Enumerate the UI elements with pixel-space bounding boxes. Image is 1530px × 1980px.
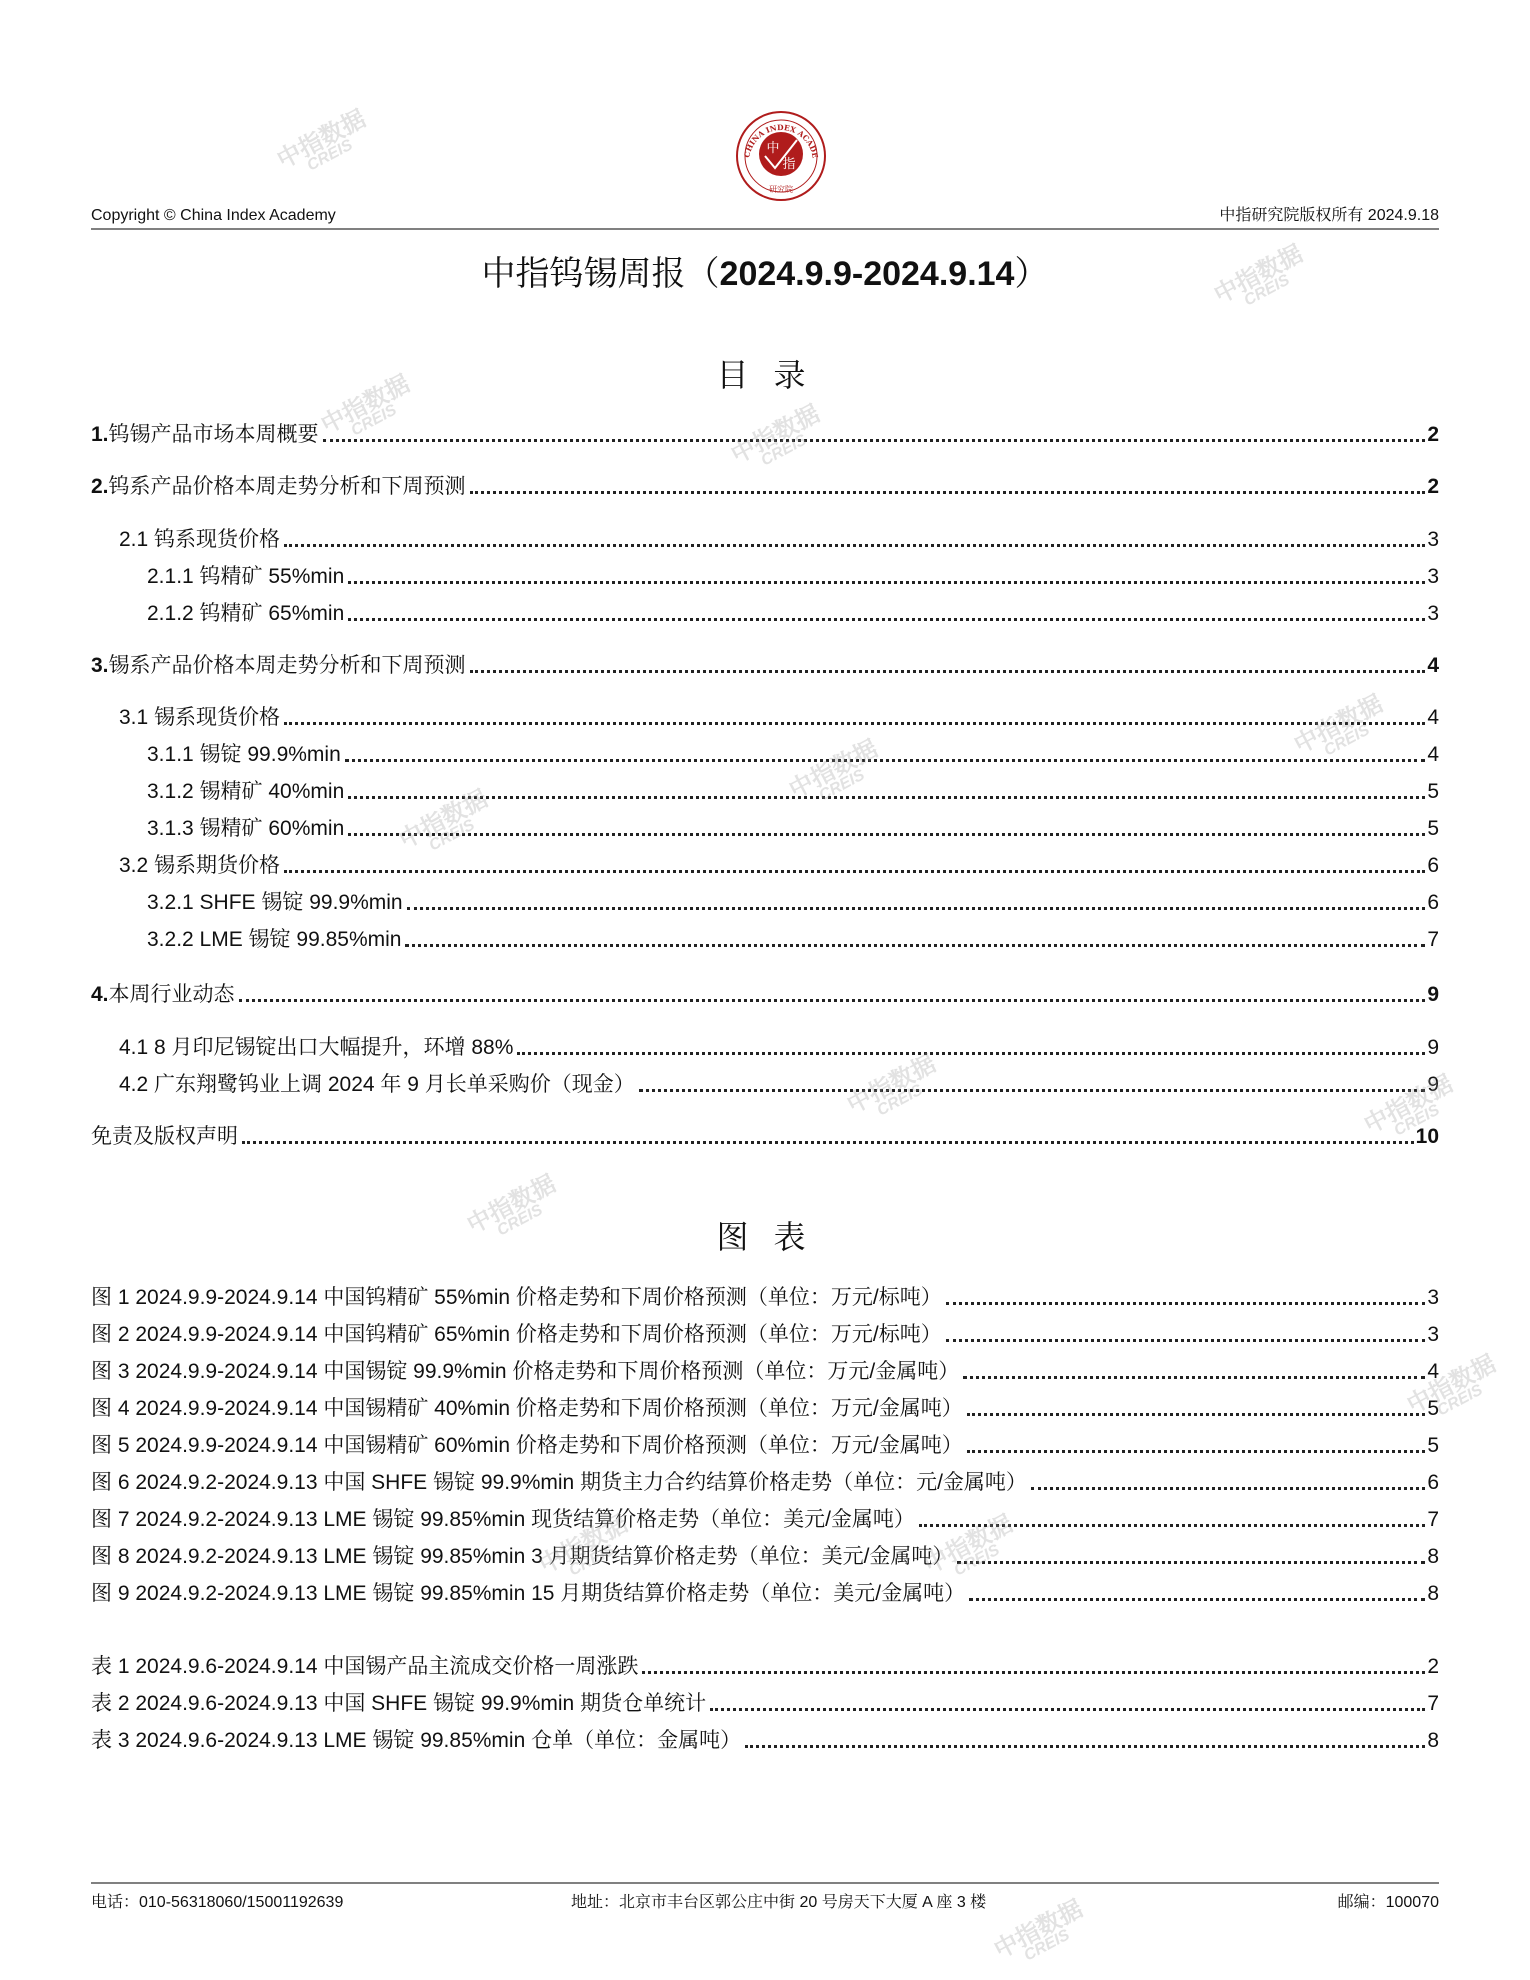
figure-page: 6 [1427,1470,1439,1496]
page-header: Copyright © China Index Academy 中指研究院版权所… [91,204,1439,230]
toc-entry-label: 3.2 锡系期货价格 [91,853,280,879]
toc-entry-page: 3 [1427,564,1439,590]
toc-entry-label: 4.1 8 月印尼锡锭出口大幅提升，环增 88% [91,1035,513,1061]
table-page: 7 [1427,1691,1439,1717]
toc-entry-page: 5 [1427,816,1439,842]
figure-label: 图 8 2024.9.2-2024.9.13 LME 锡锭 99.85%min … [91,1544,953,1570]
leader-dots [946,1302,1425,1305]
figure-page: 4 [1427,1359,1439,1385]
figure-label: 图 3 2024.9.9-2024.9.14 中国锡锭 99.9%min 价格走… [91,1359,959,1385]
figure-label: 图 9 2024.9.2-2024.9.13 LME 锡锭 99.85%min … [91,1581,965,1607]
table-page: 2 [1427,1654,1439,1680]
leader-dots [407,907,1425,910]
toc-entry-page: 4 [1427,705,1439,731]
toc-entry[interactable]: 3.锡系产品价格本周走势分析和下周预测 4 [91,649,1439,679]
toc-entry-label: 3.1.2 锡精矿 40%min [91,779,344,805]
svg-text:中: 中 [766,140,779,156]
leader-dots [967,1413,1425,1416]
leader-dots [919,1524,1425,1527]
figure-entry[interactable]: 图 3 2024.9.9-2024.9.14 中国锡锭 99.9%min 价格走… [91,1355,1439,1385]
figure-page: 8 [1427,1581,1439,1607]
figure-entry[interactable]: 图 5 2024.9.9-2024.9.14 中国锡精矿 60%min 价格走势… [91,1429,1439,1459]
toc-entry-page: 10 [1416,1124,1439,1150]
figure-page: 3 [1427,1285,1439,1311]
leader-dots [642,1671,1425,1674]
toc-entry-page: 4 [1427,742,1439,768]
toc-entry-label: 免责及版权声明 [91,1125,238,1148]
leader-dots [239,999,1425,1002]
watermark: 中指数据CREIS [992,1900,1094,1977]
figure-entry[interactable]: 图 4 2024.9.9-2024.9.14 中国锡精矿 40%min 价格走势… [91,1392,1439,1422]
leader-dots [242,1141,1414,1144]
table-label: 表 1 2024.9.6-2024.9.14 中国锡产品主流成交价格一周涨跌 [91,1654,638,1680]
toc-entry-number: 1. [91,423,109,446]
toc-entry[interactable]: 2.1 钨系现货价格 3 [91,523,1439,553]
toc-entry-label: 锡系产品价格本周走势分析和下周预测 [109,654,466,677]
table-label: 表 2 2024.9.6-2024.9.13 中国 SHFE 锡锭 99.9%m… [91,1691,706,1717]
table-page: 8 [1427,1728,1439,1754]
footer-phone: 电话：010-56318060/15001192639 [91,1893,343,1913]
figure-entry[interactable]: 图 7 2024.9.2-2024.9.13 LME 锡锭 99.85%min … [91,1503,1439,1533]
leader-dots [517,1052,1425,1055]
figure-label: 图 1 2024.9.9-2024.9.14 中国钨精矿 55%min 价格走势… [91,1285,942,1311]
figure-entry[interactable]: 图 1 2024.9.9-2024.9.14 中国钨精矿 55%min 价格走势… [91,1281,1439,1311]
leader-dots [957,1561,1425,1564]
leader-dots [284,722,1425,725]
toc-entry[interactable]: 2.1.1 钨精矿 55%min 3 [91,560,1439,590]
report-title: 中指钨锡周报（2024.9.9-2024.9.14） [0,252,1530,296]
toc-entry[interactable]: 3.2 锡系期货价格 6 [91,849,1439,879]
toc-entry-page: 4 [1427,653,1439,679]
table-entry[interactable]: 表 1 2024.9.6-2024.9.14 中国锡产品主流成交价格一周涨跌 2 [91,1650,1439,1680]
title-dates: 2024.9.9-2024.9.14 [720,255,1015,293]
toc-entry-page: 2 [1427,422,1439,448]
toc-entry-page: 9 [1427,1035,1439,1061]
leader-dots [284,870,1425,873]
leader-dots [348,833,1425,836]
table-label: 表 3 2024.9.6-2024.9.13 LME 锡锭 99.85%min … [91,1728,741,1754]
leader-dots [710,1708,1425,1711]
toc-entry-label: 2.1 钨系现货价格 [91,527,280,553]
toc-entry[interactable]: 2.1.2 钨精矿 65%min 3 [91,597,1439,627]
figure-page: 8 [1427,1544,1439,1570]
leader-dots [969,1598,1425,1601]
leader-dots [470,670,1425,673]
toc-heading: 目 录 [0,350,1530,396]
figure-label: 图 7 2024.9.2-2024.9.13 LME 锡锭 99.85%min … [91,1507,915,1533]
toc-entry-label: 3.2.2 LME 锡锭 99.85%min [91,927,401,953]
toc-entry-page: 3 [1427,601,1439,627]
title-prefix: 中指钨锡周报（ [482,255,720,293]
toc-entry[interactable]: 3.1 锡系现货价格 4 [91,701,1439,731]
leader-dots [323,439,1425,442]
leader-dots [946,1339,1425,1342]
svg-text:指: 指 [782,156,795,172]
footer-address: 地址：北京市丰台区郭公庄中街 20 号房天下大厦 A 座 3 楼 [571,1893,986,1913]
leader-dots [348,796,1425,799]
leader-dots [1031,1487,1425,1490]
figure-entry[interactable]: 图 9 2024.9.2-2024.9.13 LME 锡锭 99.85%min … [91,1577,1439,1607]
toc-entry[interactable]: 4.本周行业动态 9 [91,978,1439,1008]
toc-entry[interactable]: 3.1.2 锡精矿 40%min 5 [91,775,1439,805]
toc-entry-label: 3.2.1 SHFE 锡锭 99.9%min [91,890,403,916]
copyright-date: 中指研究院版权所有 2024.9.18 [1219,206,1439,226]
toc-entry[interactable]: 3.1.3 锡精矿 60%min 5 [91,812,1439,842]
leader-dots [345,759,1425,762]
footer-divider [91,1882,1439,1884]
toc-entry-label: 本周行业动态 [109,983,235,1006]
figures-heading: 图 表 [0,1212,1530,1258]
table-entry[interactable]: 表 3 2024.9.6-2024.9.13 LME 锡锭 99.85%min … [91,1724,1439,1754]
toc-entry-page: 3 [1427,527,1439,553]
table-entry[interactable]: 表 2 2024.9.6-2024.9.13 中国 SHFE 锡锭 99.9%m… [91,1687,1439,1717]
toc-entry-label: 2.1.2 钨精矿 65%min [91,601,344,627]
toc-entry[interactable]: 免责及版权声明 10 [91,1120,1439,1150]
figure-page: 5 [1427,1433,1439,1459]
figure-entry[interactable]: 图 2 2024.9.9-2024.9.14 中国钨精矿 65%min 价格走势… [91,1318,1439,1348]
figure-label: 图 2 2024.9.9-2024.9.14 中国钨精矿 65%min 价格走势… [91,1322,942,1348]
leader-dots [284,544,1425,547]
svg-text:研究院: 研究院 [769,184,793,194]
toc-entry-page: 6 [1427,890,1439,916]
figure-page: 5 [1427,1396,1439,1422]
toc-entry-label: 钨系产品价格本周走势分析和下周预测 [109,475,466,498]
toc-entry[interactable]: 3.2.2 LME 锡锭 99.85%min 7 [91,923,1439,953]
toc-entry[interactable]: 4.2 广东翔鹭钨业上调 2024 年 9 月长单采购价（现金） 9 [91,1068,1439,1098]
toc-entry-page: 9 [1427,982,1439,1008]
leader-dots [405,944,1425,947]
toc-entry-number: 2. [91,475,109,498]
figure-label: 图 5 2024.9.9-2024.9.14 中国锡精矿 60%min 价格走势… [91,1433,963,1459]
toc-entry[interactable]: 4.1 8 月印尼锡锭出口大幅提升，环增 88% 9 [91,1031,1439,1061]
toc-entry-page: 6 [1427,853,1439,879]
toc-entry-page: 2 [1427,474,1439,500]
toc-entry-page: 9 [1427,1072,1439,1098]
figure-page: 3 [1427,1322,1439,1348]
toc-entry-page: 5 [1427,779,1439,805]
figure-entry[interactable]: 图 6 2024.9.2-2024.9.13 中国 SHFE 锡锭 99.9%m… [91,1466,1439,1496]
leader-dots [967,1450,1425,1453]
figure-label: 图 4 2024.9.9-2024.9.14 中国锡精矿 40%min 价格走势… [91,1396,963,1422]
leader-dots [348,618,1425,621]
toc-entry-label: 2.1.1 钨精矿 55%min [91,564,344,590]
title-suffix: ） [1014,255,1048,293]
copyright-text: Copyright © China Index Academy [91,206,336,226]
toc-entry-label: 3.1 锡系现货价格 [91,705,280,731]
toc-entry[interactable]: 3.2.1 SHFE 锡锭 99.9%min 6 [91,886,1439,916]
toc-entry-label: 钨锡产品市场本周概要 [109,423,319,446]
leader-dots [348,581,1425,584]
leader-dots [470,491,1425,494]
figure-entry[interactable]: 图 8 2024.9.2-2024.9.13 LME 锡锭 99.85%min … [91,1540,1439,1570]
toc-entry-number: 3. [91,654,109,677]
toc-entry-label: 3.1.1 锡锭 99.9%min [91,742,341,768]
toc-entry-label: 3.1.3 锡精矿 60%min [91,816,344,842]
leader-dots [963,1376,1425,1379]
toc-entry-number: 4. [91,983,109,1006]
leader-dots [745,1745,1425,1748]
figure-page: 7 [1427,1507,1439,1533]
china-index-academy-logo: 中 指 研究院 CHINA INDEX ACADEMY [735,110,827,202]
toc-entry-label: 4.2 广东翔鹭钨业上调 2024 年 9 月长单采购价（现金） [91,1072,635,1098]
toc-entry[interactable]: 2.钨系产品价格本周走势分析和下周预测 2 [91,470,1439,500]
toc-entry[interactable]: 3.1.1 锡锭 99.9%min 4 [91,738,1439,768]
footer-postcode: 邮编：100070 [1338,1893,1439,1913]
toc-entry[interactable]: 1.钨锡产品市场本周概要 2 [91,418,1439,448]
toc-entry-page: 7 [1427,927,1439,953]
figure-label: 图 6 2024.9.2-2024.9.13 中国 SHFE 锡锭 99.9%m… [91,1470,1027,1496]
watermark: 中指数据CREIS [275,110,377,187]
leader-dots [639,1089,1425,1092]
